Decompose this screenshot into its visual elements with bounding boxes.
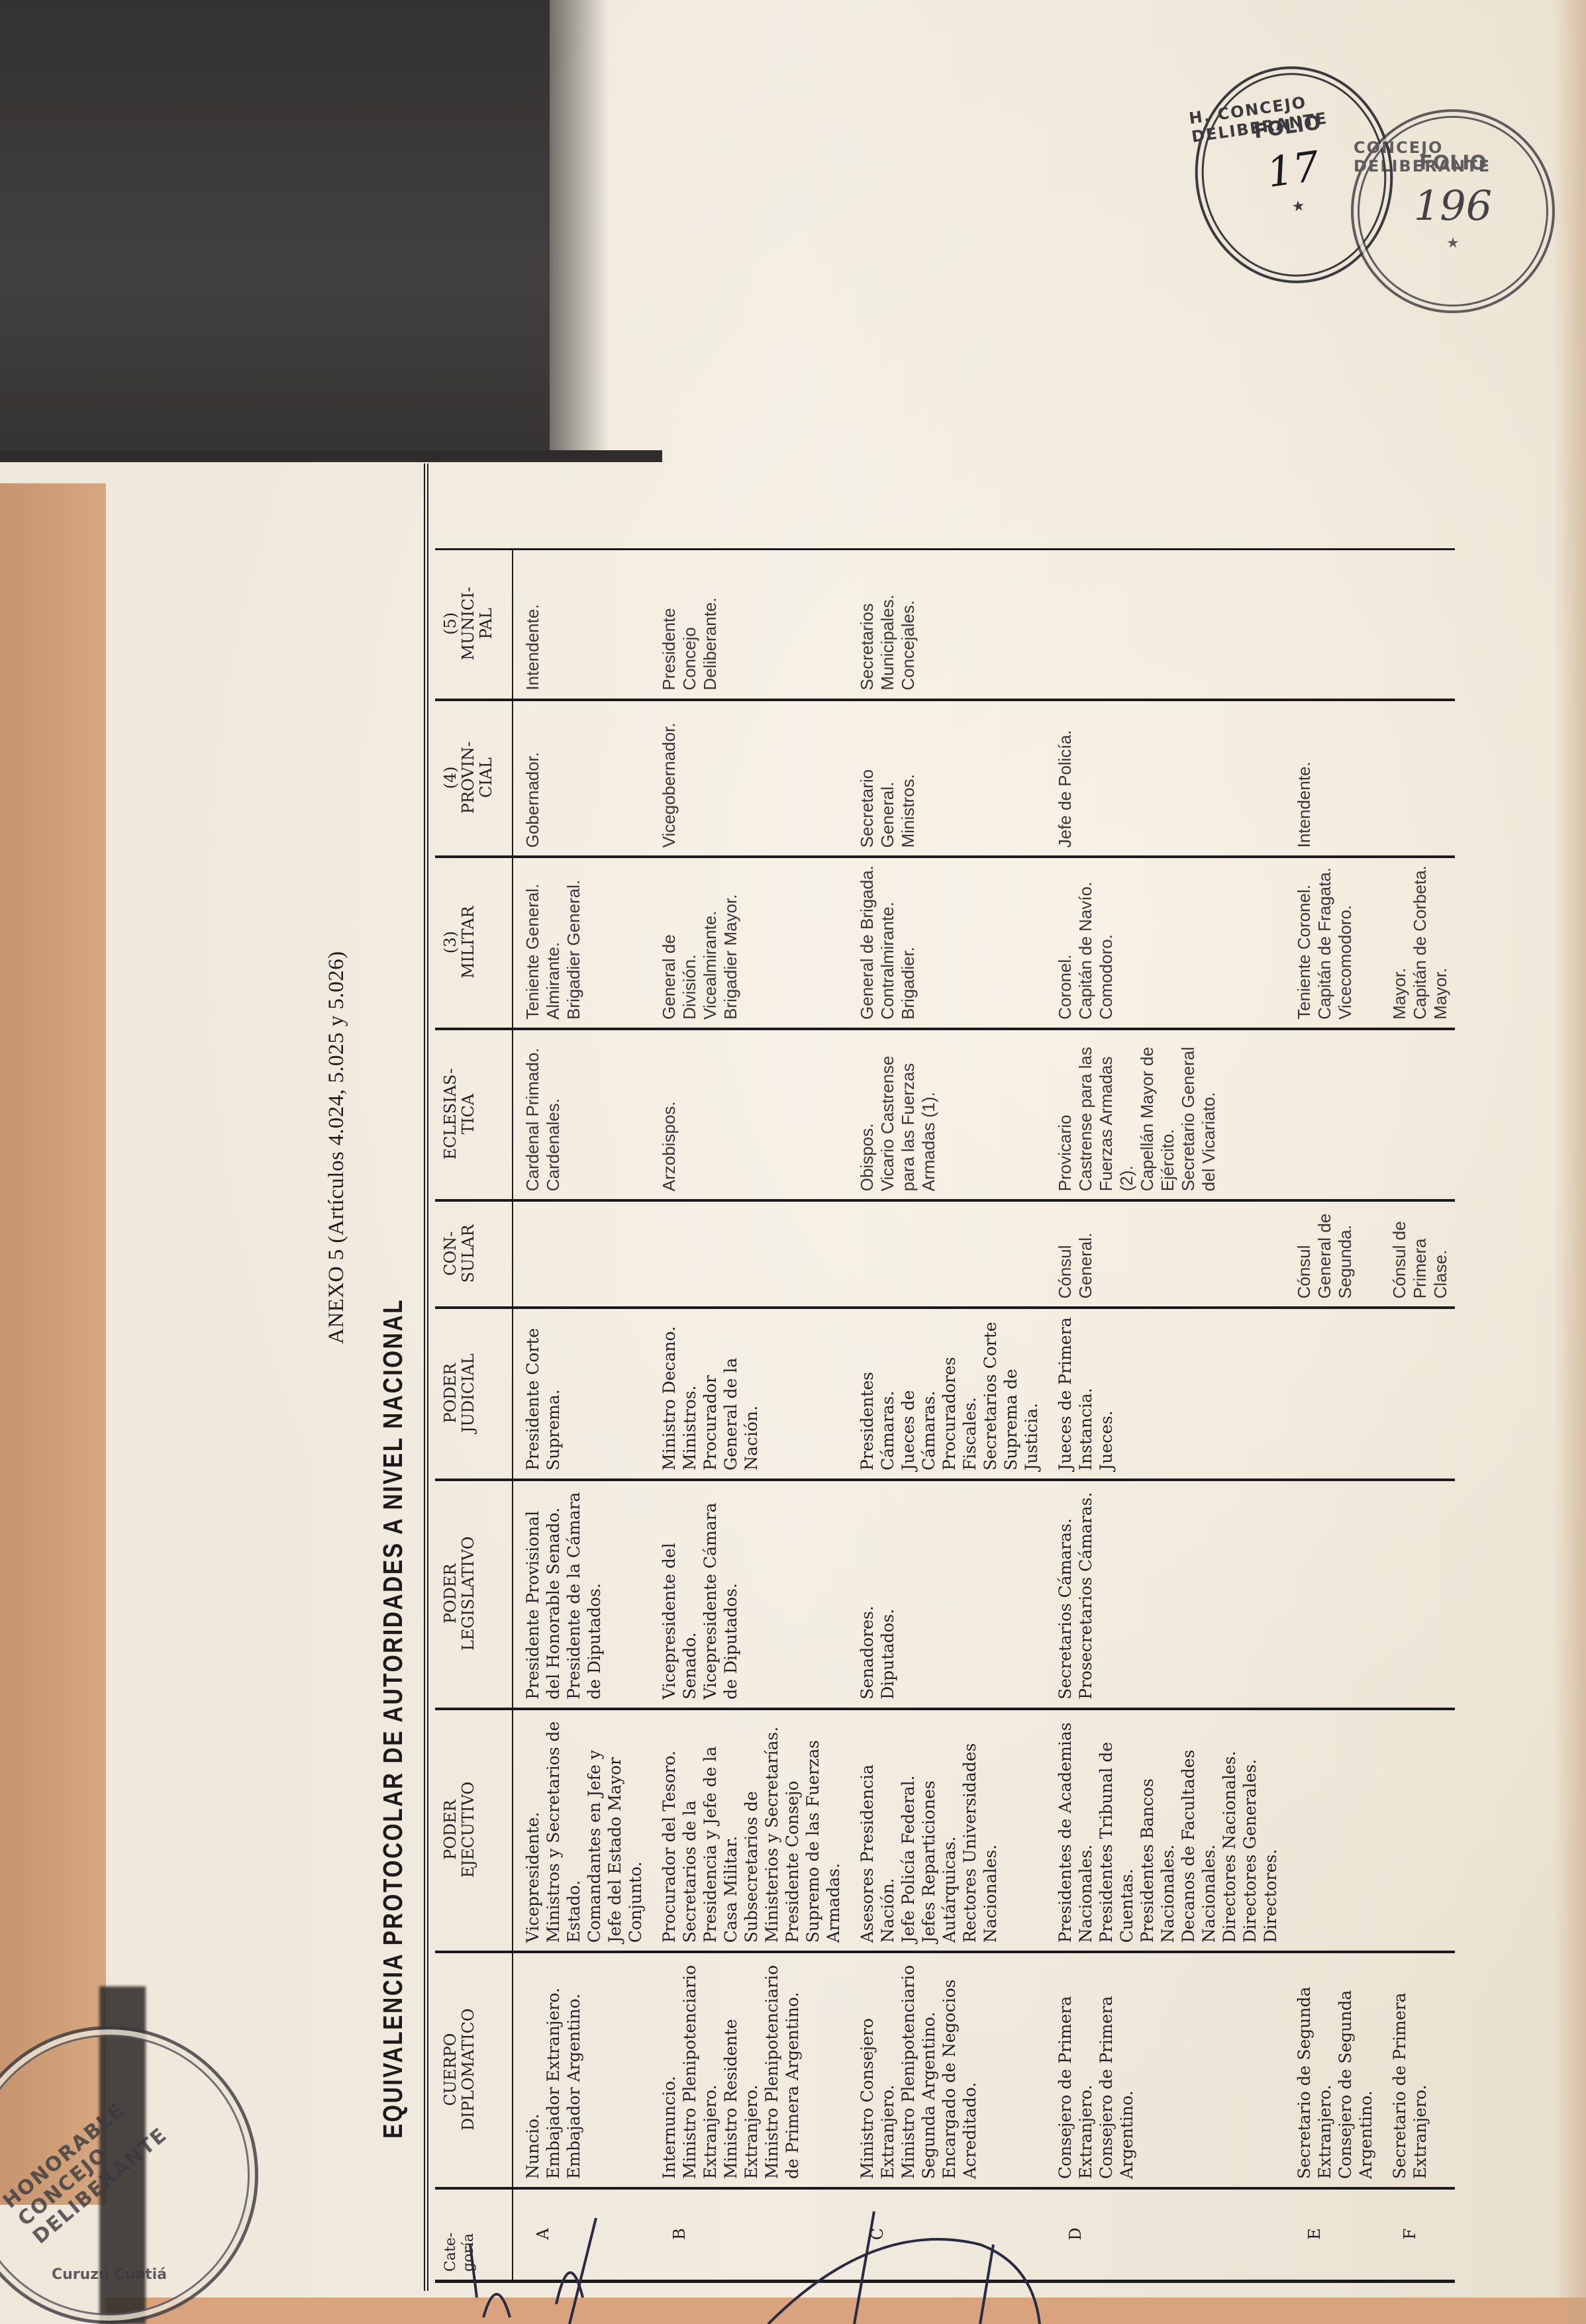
cell-entry: Cónsul de Primera Clase. <box>1389 1208 1451 1298</box>
cell-provincial: Gobernador. <box>513 700 650 857</box>
cell-eclesiastica: Arzobispos. <box>650 1029 848 1200</box>
cell-entry: Comodoro. <box>1096 865 1116 1019</box>
cell-entry: Presidentes Tribunal de Cuentas. <box>1096 1717 1137 1943</box>
table-row: DConsejero de Primera Extranjero.Conseje… <box>1046 550 1285 2282</box>
cell-entry: Vicegobernador. <box>659 708 679 848</box>
table-header-row: Cate- goríaCUERPO DIPLOMATICOPODER EJECU… <box>435 550 513 2282</box>
cell-entry: Ministro Plenipotenciario Segunda Argent… <box>898 1960 939 2179</box>
cell-eclesiastica: Provicario Castrense para las Fuerzas Ar… <box>1046 1029 1285 1200</box>
table-row: ESecretario de Segunda Extranjero.Consej… <box>1285 550 1380 2282</box>
seal-bottom-text: Curuzú Cuatiá <box>52 2266 167 2283</box>
main-title: EQUIVALENCIA PROTOCOLAR DE AUTORIDADES A… <box>377 1298 409 2139</box>
column-header-eclesiastica: ECLESIAS- TICA <box>435 1029 513 1200</box>
folio-number: 17 <box>1264 141 1322 196</box>
cell-eclesiastica <box>1380 1029 1455 1200</box>
cell-poder-judicial: Ministro Decano.Ministros.Procurador Gen… <box>650 1308 848 1479</box>
cell-entry: Concejales. <box>898 557 918 691</box>
cell-entry: Nuncio. <box>522 1960 543 2179</box>
cell-entry: Presidente Corte Suprema. <box>522 1316 564 1470</box>
cell-entry: Directores. <box>1260 1717 1281 1943</box>
cell-entry: Decanos de Facultades Nacionales. <box>1178 1717 1219 1943</box>
cell-poder-judicial: Presidentes Cámaras.Jueces de Cámaras.Pr… <box>848 1308 1046 1479</box>
cell-entry: Vicepresidente. <box>522 1717 543 1943</box>
cell-municipal: Intendente. <box>513 550 650 700</box>
cell-militar: General de Brigada.Contralmirante.Brigad… <box>848 857 1046 1028</box>
cell-entry: Presidentes de Academias Nacionales. <box>1055 1717 1096 1943</box>
cell-eclesiastica <box>1285 1029 1380 1200</box>
cell-entry: Presidentes Bancos Nacionales. <box>1137 1717 1178 1943</box>
cell-entry: Ministros y Secretarios de Estado. <box>543 1717 584 1943</box>
column-header-consular: CON- SULAR <box>435 1200 513 1308</box>
cell-entry: Prosecretarios Cámaras. <box>1075 1488 1096 1700</box>
cell-entry: Cardenal Primado. <box>522 1037 543 1191</box>
cell-entry: Mayor. <box>1430 865 1451 1019</box>
backing-paper-strip <box>0 483 106 2205</box>
cell-entry: Procuradores Fiscales. <box>939 1316 980 1470</box>
stamp-ring-text: CONCEJO DELIBERANTE <box>1354 138 1552 175</box>
table-row: BInternuncio.Ministro Plenipotenciario E… <box>650 550 848 2282</box>
cell-entry: Secretarios Municipales. <box>857 557 898 691</box>
cell-militar: Mayor.Capitán de Corbeta.Mayor. <box>1380 857 1455 1028</box>
cell-consular <box>650 1200 848 1308</box>
cell-cuerpo-diplomatico: Nuncio.Embajador Extranjero.Embajador Ar… <box>513 1952 650 2188</box>
cell-entry: Coronel. <box>1055 865 1075 1019</box>
cell-poder-legislativo <box>1380 1480 1455 1709</box>
folio-number: 196 <box>1414 181 1492 230</box>
cell-entry: Directores Nacionales. <box>1219 1717 1240 1943</box>
cell-entry: Vicario Castrense para las Fuerzas Armad… <box>877 1037 939 1191</box>
cell-entry: Vicealmirante. <box>700 865 720 1019</box>
cell-entry: Ministro Residente Extranjero. <box>720 1960 762 2179</box>
paper-edge-shadow <box>1553 0 1586 2324</box>
cell-provincial: Jefe de Policía. <box>1046 700 1285 857</box>
photocopy-dark-edge <box>550 0 609 457</box>
cell-cuerpo-diplomatico: Consejero de Primera Extranjero.Consejer… <box>1046 1952 1285 2188</box>
cell-entry: Ministro Consejero Extranjero. <box>857 1960 898 2179</box>
cell-poder-ejecutivo <box>1380 1709 1455 1953</box>
cell-consular <box>513 1200 650 1308</box>
cell-municipal <box>1285 550 1380 700</box>
folio-stamp-196: CONCEJO DELIBERANTE FOLIO 196 ★ <box>1351 109 1555 313</box>
cell-poder-legislativo <box>1285 1480 1380 1709</box>
cell-entry: Mayor. <box>1389 865 1410 1019</box>
cell-militar: Teniente Coronel.Capitán de Fragata.Vice… <box>1285 857 1380 1028</box>
cell-entry: Secretarios Corte Suprema de Justicia. <box>980 1316 1042 1470</box>
column-header-poder-ejecutivo: PODER EJECUTIVO <box>435 1709 513 1953</box>
cell-entry: Ministro Decano. <box>659 1316 679 1470</box>
cell-entry: Capellán Mayor de Ejército. <box>1137 1037 1178 1191</box>
cell-entry: Intendente. <box>522 557 543 691</box>
cell-consular: Cónsul de Primera Clase. <box>1380 1200 1455 1308</box>
column-header-poder-judicial: PODER JUDICIAL <box>435 1308 513 1479</box>
cell-cuerpo-diplomatico: Secretario de Segunda Extranjero.Conseje… <box>1285 1952 1380 2188</box>
equivalence-table-frame: Cate- goríaCUERPO DIPLOMATICOPODER EJECU… <box>424 463 1435 2291</box>
cell-poder-legislativo: Vicepresidente del Senado.Vicepresidente… <box>650 1480 848 1709</box>
cell-entry: Consejero de Primera Extranjero. <box>1055 1960 1096 2179</box>
cell-entry: Comandantes en Jefe y Jefe del Estado Ma… <box>584 1717 646 1943</box>
cell-entry: Secretarios Cámaras. <box>1055 1488 1075 1700</box>
cell-entry: Rectores Universidades Nacionales. <box>960 1717 1001 1943</box>
cell-entry: Jueces. <box>1096 1316 1116 1470</box>
cell-entry: Jueces de Primera Instancia. <box>1055 1316 1096 1470</box>
cell-entry: Presidente Consejo Supremo de las Fuerza… <box>782 1717 844 1943</box>
cell-municipal: Secretarios Municipales.Concejales. <box>848 550 1046 700</box>
cell-cuerpo-diplomatico: Internuncio.Ministro Plenipotenciario Ex… <box>650 1952 848 2188</box>
seal-ring-text: HONORABLE CONCEJO DELIBERANTE <box>0 2025 246 2249</box>
table-row: CMinistro Consejero Extranjero.Ministro … <box>848 550 1046 2282</box>
cell-entry: Cardenales. <box>543 1037 564 1191</box>
cell-entry: Jueces de Cámaras. <box>898 1316 939 1470</box>
cell-entry: Brigadier Mayor. <box>720 865 741 1019</box>
cell-entry: Ministros. <box>679 1316 700 1470</box>
cell-entry: Capitán de Fragata. <box>1314 865 1335 1019</box>
cell-poder-judicial: Presidente Corte Suprema. <box>513 1308 650 1479</box>
cell-entry: Jefe de Policía. <box>1055 708 1075 848</box>
cell-poder-legislativo: Secretarios Cámaras.Prosecretarios Cámar… <box>1046 1480 1285 1709</box>
table-body: ANuncio.Embajador Extranjero.Embajador A… <box>513 550 1455 2282</box>
cell-poder-ejecutivo: Vicepresidente.Ministros y Secretarios d… <box>513 1709 650 1953</box>
cell-entry: Cónsul General de Segunda. <box>1294 1208 1356 1298</box>
star-icon: ★ <box>1291 197 1306 216</box>
photocopy-dark-band <box>0 0 550 457</box>
cell-poder-ejecutivo: Asesores Presidencia Nación.Jefe Policía… <box>848 1709 1046 1953</box>
cell-entry: Ministros. <box>898 708 918 848</box>
cell-entry: Teniente Coronel. <box>1294 865 1314 1019</box>
cell-entry: Contralmirante. <box>877 865 898 1019</box>
cell-municipal: Presidente Concejo Deliberante. <box>650 550 848 700</box>
cell-eclesiastica: Cardenal Primado.Cardenales. <box>513 1029 650 1200</box>
cell-militar: Teniente General.Almirante.Brigadier Gen… <box>513 857 650 1028</box>
cell-entry: Procurador General de la Nación. <box>700 1316 762 1470</box>
column-header-municipal: (5) MUNICI- PAL <box>435 550 513 700</box>
cell-consular: Cónsul General de Segunda. <box>1285 1200 1380 1308</box>
cell-entry: Vicepresidente Cámara de Diputados. <box>700 1488 741 1700</box>
cell-entry: Secretarios de la Presidencia y Jefe de … <box>679 1717 741 1943</box>
cell-entry: Vicecomodoro. <box>1335 865 1356 1019</box>
cell-entry: Almirante. <box>543 865 564 1019</box>
cell-entry: Senadores. <box>857 1488 877 1700</box>
cell-eclesiastica: Obispos.Vicario Castrense para las Fuerz… <box>848 1029 1046 1200</box>
column-header-cuerpo-diplomatico: CUERPO DIPLOMATICO <box>435 1952 513 2188</box>
cell-entry: Capitán de Corbeta. <box>1410 865 1430 1019</box>
cell-entry: Subsecretarios de Ministerios y Secretar… <box>741 1717 782 1943</box>
star-icon: ★ <box>1446 235 1460 252</box>
cell-entry: Presidente de la Cámara de Diputados. <box>564 1488 605 1700</box>
cell-provincial <box>1380 700 1455 857</box>
cell-entry: Brigadier. <box>898 865 918 1019</box>
cell-entry: Presidente Concejo Deliberante. <box>659 557 720 691</box>
cell-entry: Jefes Reparticiones Autárquicas. <box>918 1717 960 1943</box>
cell-entry: General de División. <box>659 865 700 1019</box>
cell-poder-ejecutivo: Procurador del Tesoro.Secretarios de la … <box>650 1709 848 1953</box>
cell-militar: Coronel.Capitán de Navío.Comodoro. <box>1046 857 1285 1028</box>
cell-consular <box>848 1200 1046 1308</box>
column-header-poder-legislativo: PODER LEGISLATIVO <box>435 1480 513 1709</box>
cell-municipal <box>1046 550 1285 700</box>
cell-entry: Ministro Plenipotenciario de Primera Arg… <box>762 1960 803 2179</box>
handwritten-signature <box>397 2205 1391 2324</box>
cell-entry: Secretario General. <box>857 708 898 848</box>
cell-entry: Cónsul General. <box>1055 1208 1096 1298</box>
cell-entry: Teniente General. <box>522 865 543 1019</box>
cell-entry: Consejero de Primera Argentino. <box>1096 1960 1137 2179</box>
cell-provincial: Vicegobernador. <box>650 700 848 857</box>
equivalence-table: Cate- goríaCUERPO DIPLOMATICOPODER EJECU… <box>435 548 1455 2283</box>
cell-municipal <box>1380 550 1455 700</box>
cell-poder-judicial: Jueces de Primera Instancia.Jueces. <box>1046 1308 1285 1479</box>
cell-entry: Presidente Provisional del Honorable Sen… <box>522 1488 564 1700</box>
annex-title: ANEXO 5 (Artículos 4.024, 5.025 y 5.026) <box>324 951 349 1344</box>
cell-poder-legislativo: Senadores.Diputados. <box>848 1480 1046 1709</box>
cell-poder-ejecutivo <box>1285 1709 1380 1953</box>
cell-entry: Secretario de Segunda Extranjero. <box>1294 1960 1335 2179</box>
rotated-document: ANEXO 5 (Artículos 4.024, 5.025 y 5.026)… <box>278 463 1444 2291</box>
cell-entry: Jefe Policía Federal. <box>898 1717 918 1943</box>
cell-militar: General de División.Vicealmirante.Brigad… <box>650 857 848 1028</box>
cell-entry: Obispos. <box>857 1037 877 1191</box>
cell-entry: Diputados. <box>877 1488 898 1700</box>
cell-entry: Secretario General del Vicariato. <box>1178 1037 1219 1191</box>
cell-entry: Encargado de Negocios Acreditado. <box>939 1960 980 2179</box>
column-header-provincial: (4) PROVIN- CIAL <box>435 700 513 857</box>
cell-entry: Procurador del Tesoro. <box>659 1717 679 1943</box>
cell-entry: Intendente. <box>1294 708 1314 848</box>
cell-entry: Embajador Extranjero. <box>543 1960 564 2179</box>
cell-entry: Arzobispos. <box>659 1037 679 1191</box>
cell-poder-legislativo: Presidente Provisional del Honorable Sen… <box>513 1480 650 1709</box>
cell-poder-ejecutivo: Presidentes de Academias Nacionales.Pres… <box>1046 1709 1285 1953</box>
cell-entry: Vicepresidente del Senado. <box>659 1488 700 1700</box>
cell-provincial: Intendente. <box>1285 700 1380 857</box>
cell-entry: Asesores Presidencia Nación. <box>857 1717 898 1943</box>
cell-entry: General de Brigada. <box>857 865 877 1019</box>
cell-entry: Provicario Castrense para las Fuerzas Ar… <box>1055 1037 1137 1191</box>
table-row: FSecretario de Primera Extranjero.Cónsul… <box>1380 550 1455 2282</box>
cell-entry: Internuncio. <box>659 1960 679 2179</box>
cell-entry: Embajador Argentino. <box>564 1960 584 2179</box>
photocopy-dark-line <box>0 450 662 462</box>
cell-entry: Gobernador. <box>522 708 543 848</box>
cell-entry: Directores Generales. <box>1240 1717 1260 1943</box>
cell-poder-judicial <box>1285 1308 1380 1479</box>
cell-provincial: Secretario General.Ministros. <box>848 700 1046 857</box>
cell-cuerpo-diplomatico: Secretario de Primera Extranjero. <box>1380 1952 1455 2188</box>
cell-entry: Presidentes Cámaras. <box>857 1316 898 1470</box>
cell-poder-judicial <box>1380 1308 1455 1479</box>
cell-entry: Secretario de Primera Extranjero. <box>1389 1960 1430 2179</box>
table-row: ANuncio.Embajador Extranjero.Embajador A… <box>513 550 650 2282</box>
cell-consular: Cónsul General. <box>1046 1200 1285 1308</box>
cell-entry: Brigadier General. <box>564 865 584 1019</box>
cell-entry: Ministro Plenipotenciario Extranjero. <box>679 1960 720 2179</box>
cell-entry: Capitán de Navío. <box>1075 865 1096 1019</box>
category-cell: F <box>1380 2188 1455 2282</box>
cell-cuerpo-diplomatico: Ministro Consejero Extranjero.Ministro P… <box>848 1952 1046 2188</box>
cell-entry: Consejero de Segunda Argentino. <box>1335 1960 1376 2179</box>
column-header-militar: (3) MILITAR <box>435 857 513 1028</box>
